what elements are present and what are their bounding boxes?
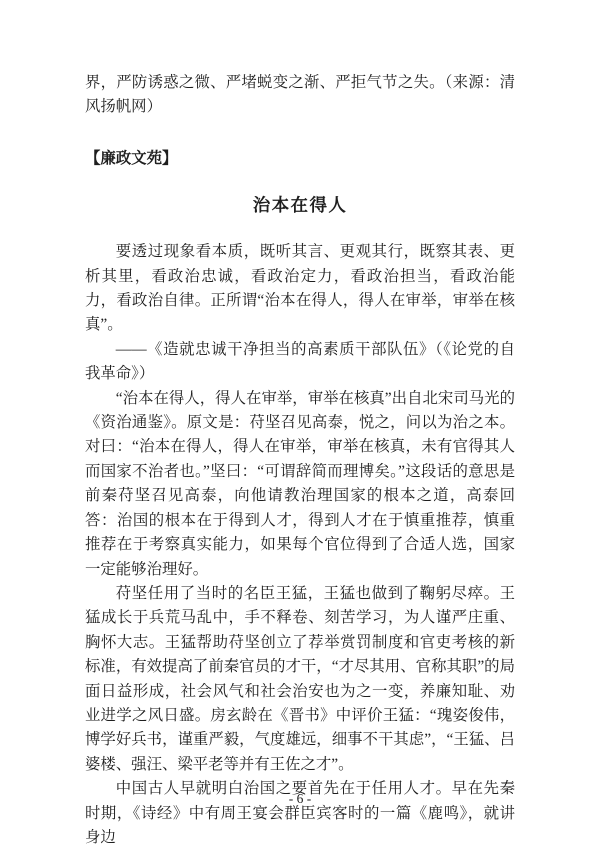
article-body: 要透过现象看本质，既听其言、更观其行，既察其表、更析其里，看政治忠诚，看政治定力…	[85, 240, 515, 849]
page-number: - 6 -	[0, 791, 600, 807]
article-title: 治本在得人	[85, 191, 515, 219]
document-page: 界，严防诱惑之微、严堵蜕变之渐、严拒气节之失。（来源：清风扬帆网） 【廉政文苑】…	[0, 0, 600, 849]
article-paragraph: 苻坚任用了当时的名臣王猛，王猛也做到了鞠躬尽瘁。王猛成长于兵荒马乱中，手不释卷、…	[85, 582, 515, 777]
article-paragraph-attribution: ——《造就忠诚干净担当的高素质干部队伍》（《论党的自我革命》）	[85, 338, 515, 387]
section-header: 【廉政文苑】	[85, 147, 515, 171]
article-paragraph: 中国古人早就明白治国之要首先在于任用人才。早在先秦时期，《诗经》中有周王宴会群臣…	[85, 777, 515, 849]
continuation-paragraph: 界，严防诱惑之微、严堵蜕变之渐、严拒气节之失。（来源：清风扬帆网）	[85, 71, 515, 120]
article-paragraph: 要透过现象看本质，既听其言、更观其行，既察其表、更析其里，看政治忠诚，看政治定力…	[85, 240, 515, 338]
article-paragraph: “治本在得人，得人在审举，审举在核真”出自北宋司马光的《资治通鉴》。原文是：苻坚…	[85, 387, 515, 582]
